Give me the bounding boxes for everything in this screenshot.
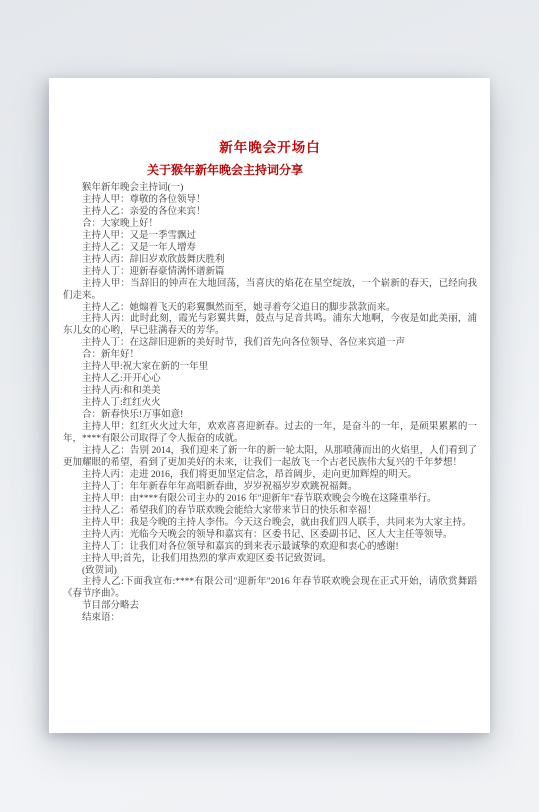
paragraph: 主持人丙：走进 2016，我们将更加坚定信念，昂首阔步，走向更加辉煌的明天。 xyxy=(63,470,477,482)
paragraph: 主持人丙：光临今天晚会的领导和嘉宾有：区委书记、区委副书记、区人大主任等领导。 xyxy=(63,530,477,542)
paragraph: 主持人甲：由****有限公司主办的 2016 年"迎新年"春节联欢晚会今晚在这隆… xyxy=(63,494,477,506)
page-content: 新年晚会开场白 关于猴年新年晚会主持词分享 猴年新年晚会主持词(一)主持人甲：尊… xyxy=(63,78,477,625)
paragraph: 主持人甲：我是今晚的主持人李伟。今天这台晚会，就由我们四人联手，共同来为大家主持… xyxy=(63,518,477,530)
paragraph: 主持人甲：红红火火过大年，欢欢喜喜迎新春。过去的一年，是奋斗的一年，是硕果累累的… xyxy=(63,422,477,446)
paragraph: 主持人乙：又是一年人增寿 xyxy=(63,243,477,255)
paragraph: 主持人丁:红红火火 xyxy=(63,398,477,410)
document-body: 猴年新年晚会主持词(一)主持人甲：尊敬的各位领导！主持人乙：亲爱的各位来宾！合：… xyxy=(63,183,477,625)
paragraph: 主持人甲:祝大家在新的一年里 xyxy=(63,362,477,374)
paragraph: 主持人乙:下面我宣布:****有限公司"迎新年"2016 年春节联欢晚会现在正式… xyxy=(63,577,477,601)
preview-background: 新年晚会开场白 关于猴年新年晚会主持词分享 猴年新年晚会主持词(一)主持人甲：尊… xyxy=(0,0,539,812)
document-subtitle: 关于猴年新年晚会主持词分享 xyxy=(147,163,477,177)
paragraph: 主持人乙：她煽着飞天的彩翼飘然而至，她寻着夸父追日的脚步款款而来。 xyxy=(63,303,477,315)
document-page: 新年晚会开场白 关于猴年新年晚会主持词分享 猴年新年晚会主持词(一)主持人甲：尊… xyxy=(49,78,490,733)
paragraph: 主持人乙:开开心心 xyxy=(63,374,477,386)
paragraph: 合：新春快乐!万事如意! xyxy=(63,410,477,422)
paragraph: 主持人丙：此时此刻，霞光与彩翼共舞，鼓点与足音共鸣。浦东大地啊，今夜是如此美丽，… xyxy=(63,314,477,338)
paragraph: 主持人丙:和和美美 xyxy=(63,386,477,398)
paragraph: 结束语： xyxy=(63,613,477,625)
paragraph: 主持人甲：当辞旧的钟声在大地回荡，当喜庆的焰花在星空绽放，一个崭新的春天，已经向… xyxy=(63,279,477,303)
paragraph: 主持人丁：年年新春年年高唱新春曲，岁岁祝福岁岁欢跳祝福舞。 xyxy=(63,482,477,494)
paragraph: 主持人丙：辞旧岁欢欣鼓舞庆胜利 xyxy=(63,255,477,267)
paragraph: 合：大家晚上好！ xyxy=(63,219,477,231)
paragraph: 主持人甲：又是一季雪飘过 xyxy=(63,231,477,243)
paragraph: 猴年新年晚会主持词(一) xyxy=(63,183,477,195)
paragraph: 主持人乙：希望我们的春节联欢晚会能给大家带来节日的快乐和幸福！ xyxy=(63,506,477,518)
paragraph: 合：新年好！ xyxy=(63,350,477,362)
paragraph: 主持人丁：让我们对各位领导和嘉宾的到来表示最诚挚的欢迎和衷心的感谢! xyxy=(63,542,477,554)
paragraph: 主持人丁：迎新春豪情满怀谱新篇 xyxy=(63,267,477,279)
paragraph: 节目部分略去 xyxy=(63,601,477,613)
document-title: 新年晚会开场白 xyxy=(63,140,477,156)
paragraph: 主持人甲：尊敬的各位领导！ xyxy=(63,195,477,207)
paragraph: 主持人丁：在这辞旧迎新的美好时节，我们首先向各位领导、各位来宾道一声 xyxy=(63,338,477,350)
paragraph: (致贺词) xyxy=(63,566,477,578)
paragraph: 主持人乙：告别 2014，我们迎来了新一年的新一轮太阳，从那喷薄而出的火焰里，人… xyxy=(63,446,477,470)
paragraph: 主持人乙：亲爱的各位来宾！ xyxy=(63,207,477,219)
paragraph: 主持人甲;首先，让我们用热烈的掌声欢迎区委书记致贺词。 xyxy=(63,554,477,566)
